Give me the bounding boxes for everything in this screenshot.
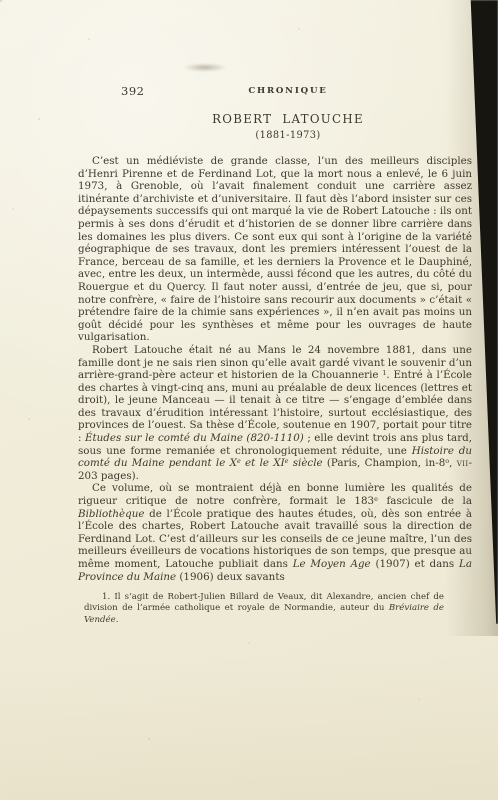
article-title: ROBERT LATOUCHE — [91, 112, 485, 126]
paragraph: Ce volume, où se montraient déjà en bonn… — [78, 482, 472, 583]
article-dates: (1881-1973) — [91, 130, 485, 141]
paragraph: C’est un médiéviste de grande classe, l’… — [78, 155, 472, 344]
paragraph: Robert Latouche était né au Mans le 24 n… — [78, 344, 472, 483]
running-head: CHRONIQUE — [91, 86, 485, 96]
article-body: C’est un médiéviste de grande classe, l’… — [78, 155, 472, 626]
scanned-journal-page: 392 CHRONIQUE ROBERT LATOUCHE (1881-1973… — [0, 0, 498, 800]
footnote: 1. Il s’agit de Robert-Julien Billard de… — [84, 592, 444, 626]
ink-smudge — [176, 62, 234, 73]
